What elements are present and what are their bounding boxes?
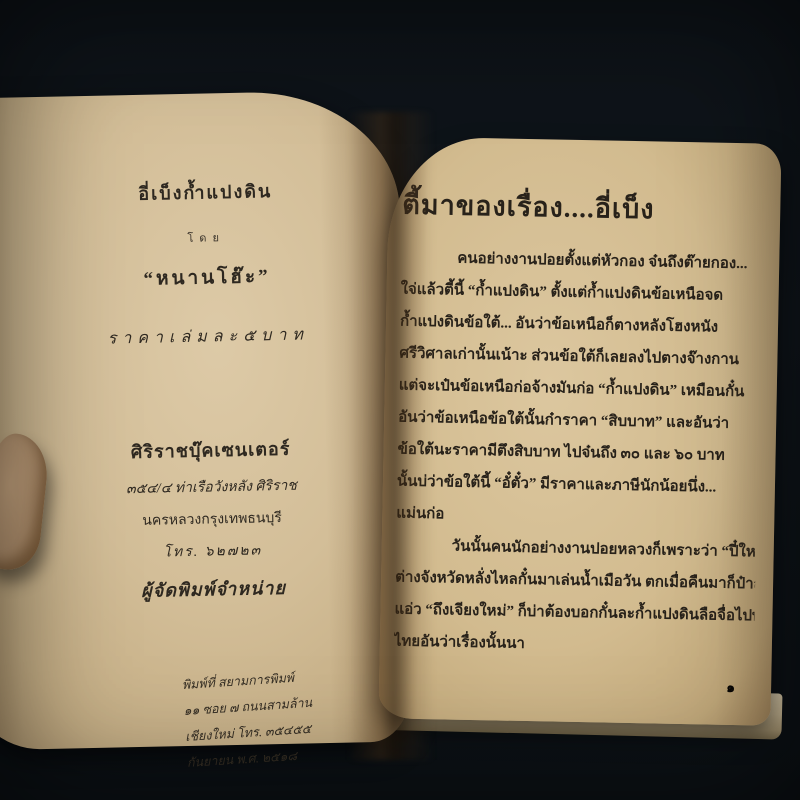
book-photo: อี่เบ็งก้ำแปงดิน โดย “หนานโฮ๊ะ” ราคาเล่ม… [0, 0, 800, 800]
author-pen-name: “หนานโฮ๊ะ” [57, 259, 358, 295]
right-page: ตี้มาของเรื่อง....อี่เบ็ง คนอย่างงานปอยต… [378, 136, 781, 725]
left-page: อี่เบ็งก้ำแปงดิน โดย “หนานโฮ๊ะ” ราคาเล่ม… [0, 89, 411, 750]
byline: โดย [56, 225, 356, 249]
printer-imprint: พิมพ์ที่ สยามการพิมพ์ ๑๑ ซอย ๗ ถนนสามล้า… [181, 660, 369, 776]
left-page-content: อี่เบ็งก้ำแปงดิน โดย “หนานโฮ๊ะ” ราคาเล่ม… [55, 174, 367, 774]
price-line: ราคาเล่มละ๕บาท [58, 321, 358, 352]
publisher-address-line2: นครหลวงกรุงเทพธนบุรี [62, 505, 362, 533]
chapter-heading: ตี้มาของเรื่อง....อี่เบ็ง [402, 183, 763, 233]
publisher-name: ศิริราชบุ๊คเซนเตอร์ [60, 432, 361, 467]
publisher-address-line1: ๓๕๔/๔ ท่าเรือวังหลัง ศิริราช [61, 473, 361, 501]
right-page-content: ตี้มาของเรื่อง....อี่เบ็ง คนอย่างงานปอยต… [394, 183, 763, 665]
publisher-role: ผู้จัดพิมพ์จำหน่าย [63, 571, 364, 606]
page-number: ๑ [726, 677, 735, 699]
book-title: อี่เบ็งก้ำแปงดิน [55, 174, 356, 209]
publisher-phone: โทร. ๖๒๗๒๓ [63, 537, 363, 565]
